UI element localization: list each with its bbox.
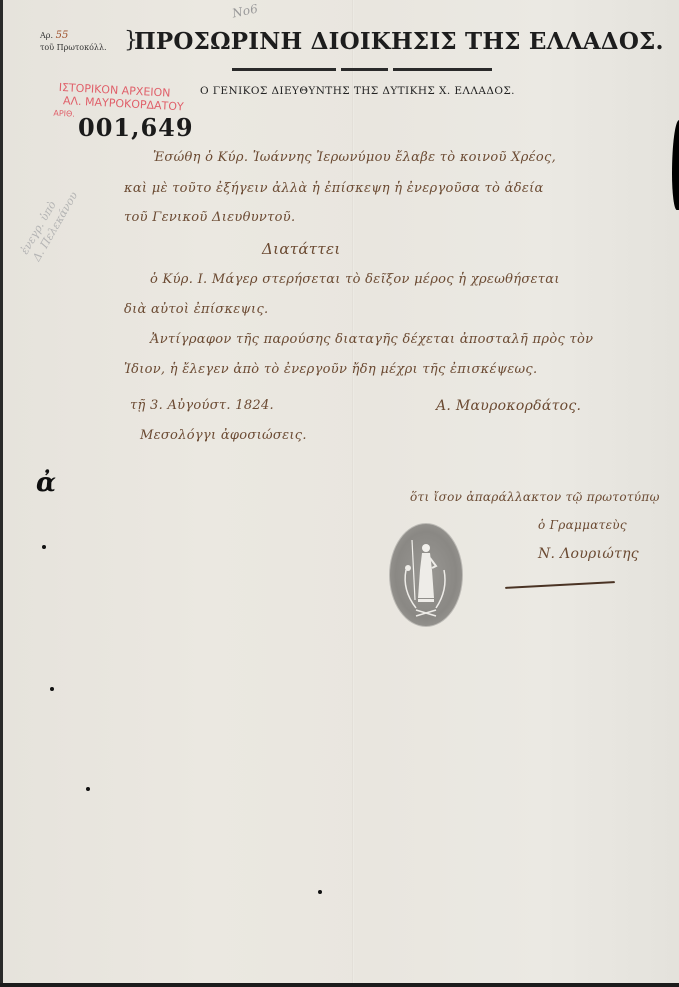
ink-dot: [86, 787, 90, 791]
certification-line-1: ὅτι ἴσον ἀπαράλλακτον τῷ πρωτοτύπῳ: [410, 490, 660, 504]
reference-label: Αρ.: [40, 31, 53, 40]
protocol-label: τοῦ Πρωτοκόλλ.: [40, 42, 107, 54]
body-line-3: τοῦ Γενικοῦ Διευθυντοῦ.: [124, 210, 295, 225]
scan-edge-bottom: [0, 983, 679, 987]
body-line-7: Ἀντίγραφον τῆς παρούσης διαταγῆς δέχεται…: [150, 332, 593, 347]
document-place: Μεσολόγγι ἀφοσιώσεις.: [140, 428, 307, 443]
decorative-rule: [232, 68, 492, 71]
directive-word: Διατάττει: [262, 240, 341, 258]
left-margin-mark: ἀ: [36, 468, 56, 498]
reference-number: 55: [56, 30, 69, 41]
body-line-5: ὁ Κύρ. Ι. Μάγερ στερήσεται τὸ δεῖξον μέρ…: [150, 272, 560, 287]
body-line-1: Ἐσώθη ὁ Κύρ. Ἰωάννης Ἰερωνύμου ἔλαβε τὸ …: [153, 150, 556, 165]
archive-number: 001,649: [78, 113, 194, 142]
reference-number-block: Αρ. 55 τοῦ Πρωτοκόλλ.: [40, 30, 107, 54]
body-line-2: καὶ μὲ τοῦτο ἐξήγειν ἀλλὰ ἡ ἐπίσκεψη ἡ ἐ…: [124, 181, 544, 196]
document-heading: ΠΡΟΣΩΡΙΝΗ ΔΙΟΙΚΗΣΙΣ ΤΗΣ ΕΛΛΑΔΟΣ.: [134, 28, 664, 55]
body-line-6: διὰ αὐτοὶ ἐπίσκεψις.: [124, 302, 268, 317]
paper-fold-line: [352, 0, 354, 984]
athena-seal-icon: [396, 530, 456, 620]
ink-dot: [318, 890, 322, 894]
document-date: τῇ 3. Αὐγούστ. 1824.: [130, 398, 274, 413]
body-line-8: Ἰδιον, ἡ ἔλεγεν ἀπὸ τὸ ἐνεργοῦν ἤδη μέχρ…: [124, 362, 537, 377]
certification-signature: Ν. Λουριώτης: [538, 546, 639, 562]
ink-dot: [50, 687, 54, 691]
certification-line-2: ὁ Γραμματεὺς: [538, 518, 627, 532]
ink-dot: [42, 545, 46, 549]
signature-mavrokordatos: Α. Μαυροκορδάτος.: [436, 398, 581, 414]
document-subheading: Ο ΓΕΝΙΚΟΣ ΔΙΕΥΘΥΝΤΗΣ ΤΗΣ ΔΥΤΙΚΗΣ Χ. ΕΛΛΑ…: [200, 85, 515, 97]
seal-stamp: [389, 523, 463, 627]
